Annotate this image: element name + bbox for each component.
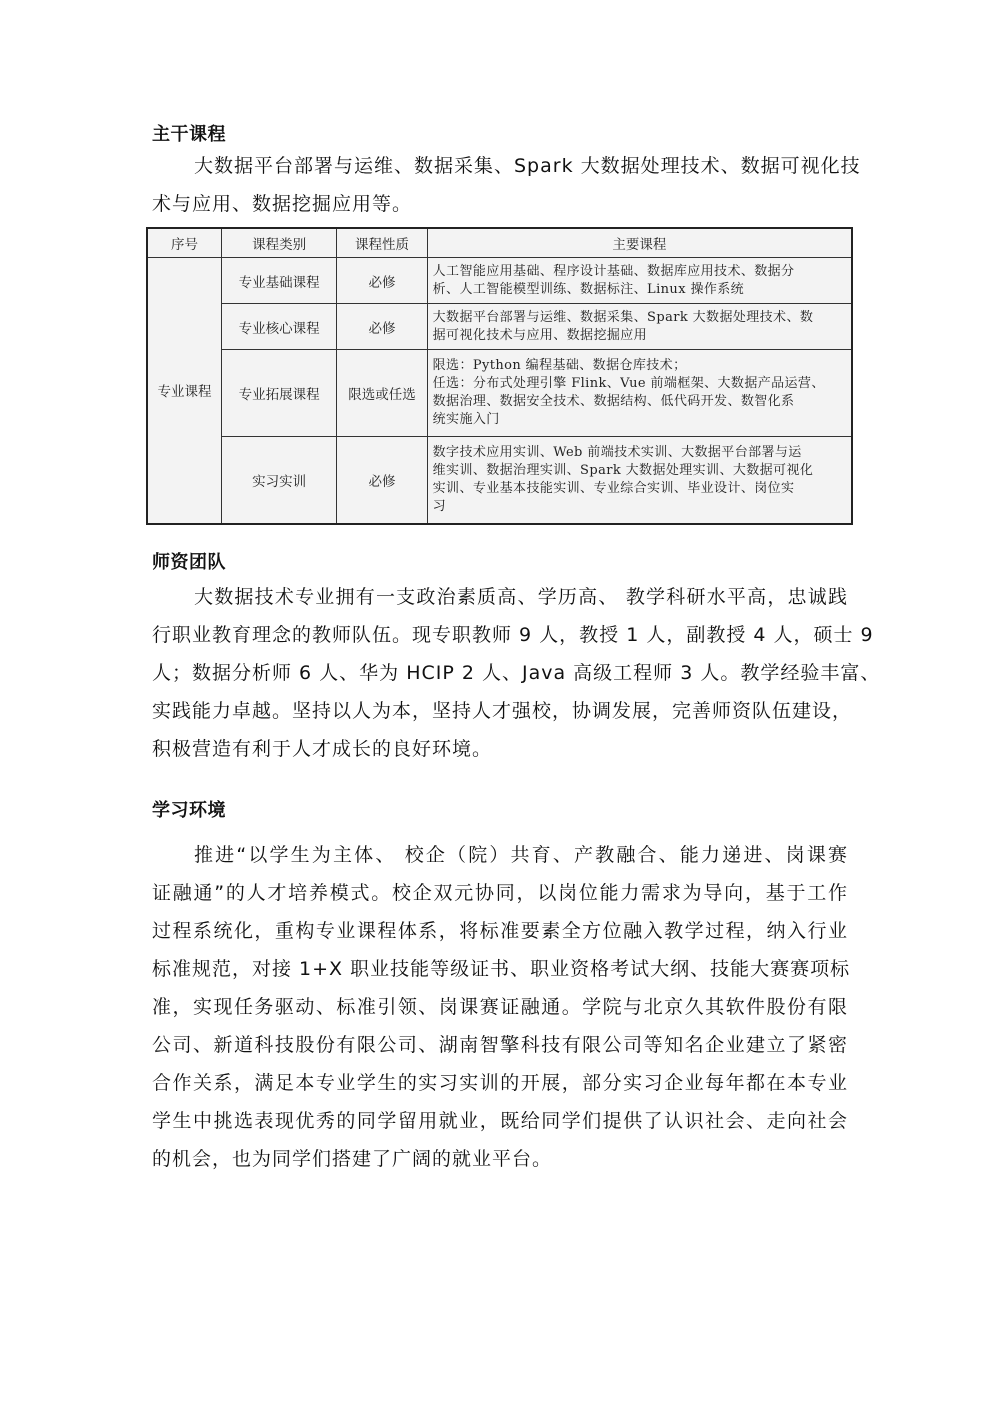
text-line: 积极营造有利于人才成长的良好环境。 xyxy=(152,730,848,768)
course-line: 大数据平台部署与运维、数据采集、Spark 大数据处理技术、数 xyxy=(433,309,847,327)
curriculum-table: 序号 课程类别 课程性质 主要课程 专业课程 专业基础课程 必修 人工智能应用基… xyxy=(146,227,853,525)
category-cell: 专业基础课程 xyxy=(222,258,337,304)
table-row: 专业课程 专业基础课程 必修 人工智能应用基础、程序设计基础、数据库应用技术、数… xyxy=(147,258,852,304)
courses-cell: 限选：Python 编程基础、数据仓库技术； 任选：分布式处理引擎 Flink、… xyxy=(427,350,852,437)
courses-cell: 人工智能应用基础、程序设计基础、数据库应用技术、数据分 析、人工智能模型训练、数… xyxy=(427,258,852,304)
course-line: 数字技术应用实训、Web 前端技术实训、大数据平台部署与运 xyxy=(433,444,847,462)
course-line: 任选：分布式处理引擎 Flink、Vue 前端框架、大数据产品运营、 xyxy=(433,375,847,393)
section-heading-environment: 学习环境 xyxy=(152,799,226,823)
nature-cell: 限选或任选 xyxy=(337,350,427,437)
course-line: 统实施入门 xyxy=(433,411,847,429)
text-line: 合作关系，满足本专业学生的实习实训的开展，部分实习企业每年都在本专业 xyxy=(152,1064,848,1102)
course-line: 人工智能应用基础、程序设计基础、数据库应用技术、数据分 xyxy=(433,263,847,281)
course-line: 习 xyxy=(433,498,847,516)
course-line: 维实训、数据治理实训、Spark 大数据处理实训、大数据可视化 xyxy=(433,462,847,480)
paragraph-main-courses: 大数据平台部署与运维、数据采集、Spark 大数据处理技术、数据可视化技 术与应… xyxy=(152,147,848,223)
text-line: 过程系统化，重构专业课程体系，将标准要素全方位融入教学过程，纳入行业 xyxy=(152,912,848,950)
text-line: 行职业教育理念的教师队伍。现专职教师 9 人，教授 1 人，副教授 4 人，硕士… xyxy=(152,616,848,654)
text-line: 证融通”的人才培养模式。校企双元协同，以岗位能力需求为导向，基于工作 xyxy=(152,874,848,912)
text-line: 的机会，也为同学们搭建了广阔的就业平台。 xyxy=(152,1140,848,1178)
nature-cell: 必修 xyxy=(337,437,427,524)
paragraph-environment: 推进“以学生为主体、 校企（院）共育、产教融合、能力递进、岗课赛 证融通”的人才… xyxy=(152,836,848,1178)
course-line: 析、人工智能模型训练、数据标注、Linux 操作系统 xyxy=(433,281,847,299)
text-line: 实践能力卓越。坚持以人为本，坚持人才强校，协调发展，完善师资队伍建设， xyxy=(152,692,848,730)
table-header-row: 序号 课程类别 课程性质 主要课程 xyxy=(147,228,852,258)
course-line: 据可视化技术与应用、数据挖掘应用 xyxy=(433,327,847,345)
header-category: 课程类别 xyxy=(222,228,337,258)
section-heading-main-courses: 主干课程 xyxy=(152,123,226,147)
header-main-courses: 主要课程 xyxy=(427,228,852,258)
table-row: 专业核心课程 必修 大数据平台部署与运维、数据采集、Spark 大数据处理技术、… xyxy=(147,304,852,350)
course-line: 限选：Python 编程基础、数据仓库技术； xyxy=(433,357,847,375)
text-line: 推进“以学生为主体、 校企（院）共育、产教融合、能力递进、岗课赛 xyxy=(152,836,848,874)
header-index: 序号 xyxy=(147,228,222,258)
section-heading-teachers: 师资团队 xyxy=(152,551,226,575)
text-line: 准，实现任务驱动、标准引领、岗课赛证融通。学院与北京久其软件股份有限 xyxy=(152,988,848,1026)
text-line: 公司、新道科技股份有限公司、湖南智擎科技有限公司等知名企业建立了紧密 xyxy=(152,1026,848,1064)
text-line: 大数据技术专业拥有一支政治素质高、学历高、 教学科研水平高，忠诚践 xyxy=(152,578,848,616)
table-row: 实习实训 必修 数字技术应用实训、Web 前端技术实训、大数据平台部署与运 维实… xyxy=(147,437,852,524)
course-line: 数据治理、数据安全技术、数据结构、低代码开发、数智化系 xyxy=(433,393,847,411)
nature-cell: 必修 xyxy=(337,258,427,304)
text-line: 学生中挑选表现优秀的同学留用就业，既给同学们提供了认识社会、走向社会 xyxy=(152,1102,848,1140)
courses-cell: 数字技术应用实训、Web 前端技术实训、大数据平台部署与运 维实训、数据治理实训… xyxy=(427,437,852,524)
text-line: 大数据平台部署与运维、数据采集、Spark 大数据处理技术、数据可视化技 xyxy=(152,147,848,185)
paragraph-teachers: 大数据技术专业拥有一支政治素质高、学历高、 教学科研水平高，忠诚践 行职业教育理… xyxy=(152,578,848,768)
category-cell: 专业拓展课程 xyxy=(222,350,337,437)
nature-cell: 必修 xyxy=(337,304,427,350)
text-line: 标准规范，对接 1+X 职业技能等级证书、职业资格考试大纲、技能大赛赛项标 xyxy=(152,950,848,988)
course-line: 实训、专业基本技能实训、专业综合实训、毕业设计、岗位实 xyxy=(433,480,847,498)
text-line: 术与应用、数据挖掘应用等。 xyxy=(152,185,848,223)
header-nature: 课程性质 xyxy=(337,228,427,258)
category-cell: 实习实训 xyxy=(222,437,337,524)
table-row: 专业拓展课程 限选或任选 限选：Python 编程基础、数据仓库技术； 任选：分… xyxy=(147,350,852,437)
group-label-cell: 专业课程 xyxy=(147,258,222,524)
courses-cell: 大数据平台部署与运维、数据采集、Spark 大数据处理技术、数 据可视化技术与应… xyxy=(427,304,852,350)
text-line: 人；数据分析师 6 人、华为 HCIP 2 人、Java 高级工程师 3 人。教… xyxy=(152,654,848,692)
category-cell: 专业核心课程 xyxy=(222,304,337,350)
